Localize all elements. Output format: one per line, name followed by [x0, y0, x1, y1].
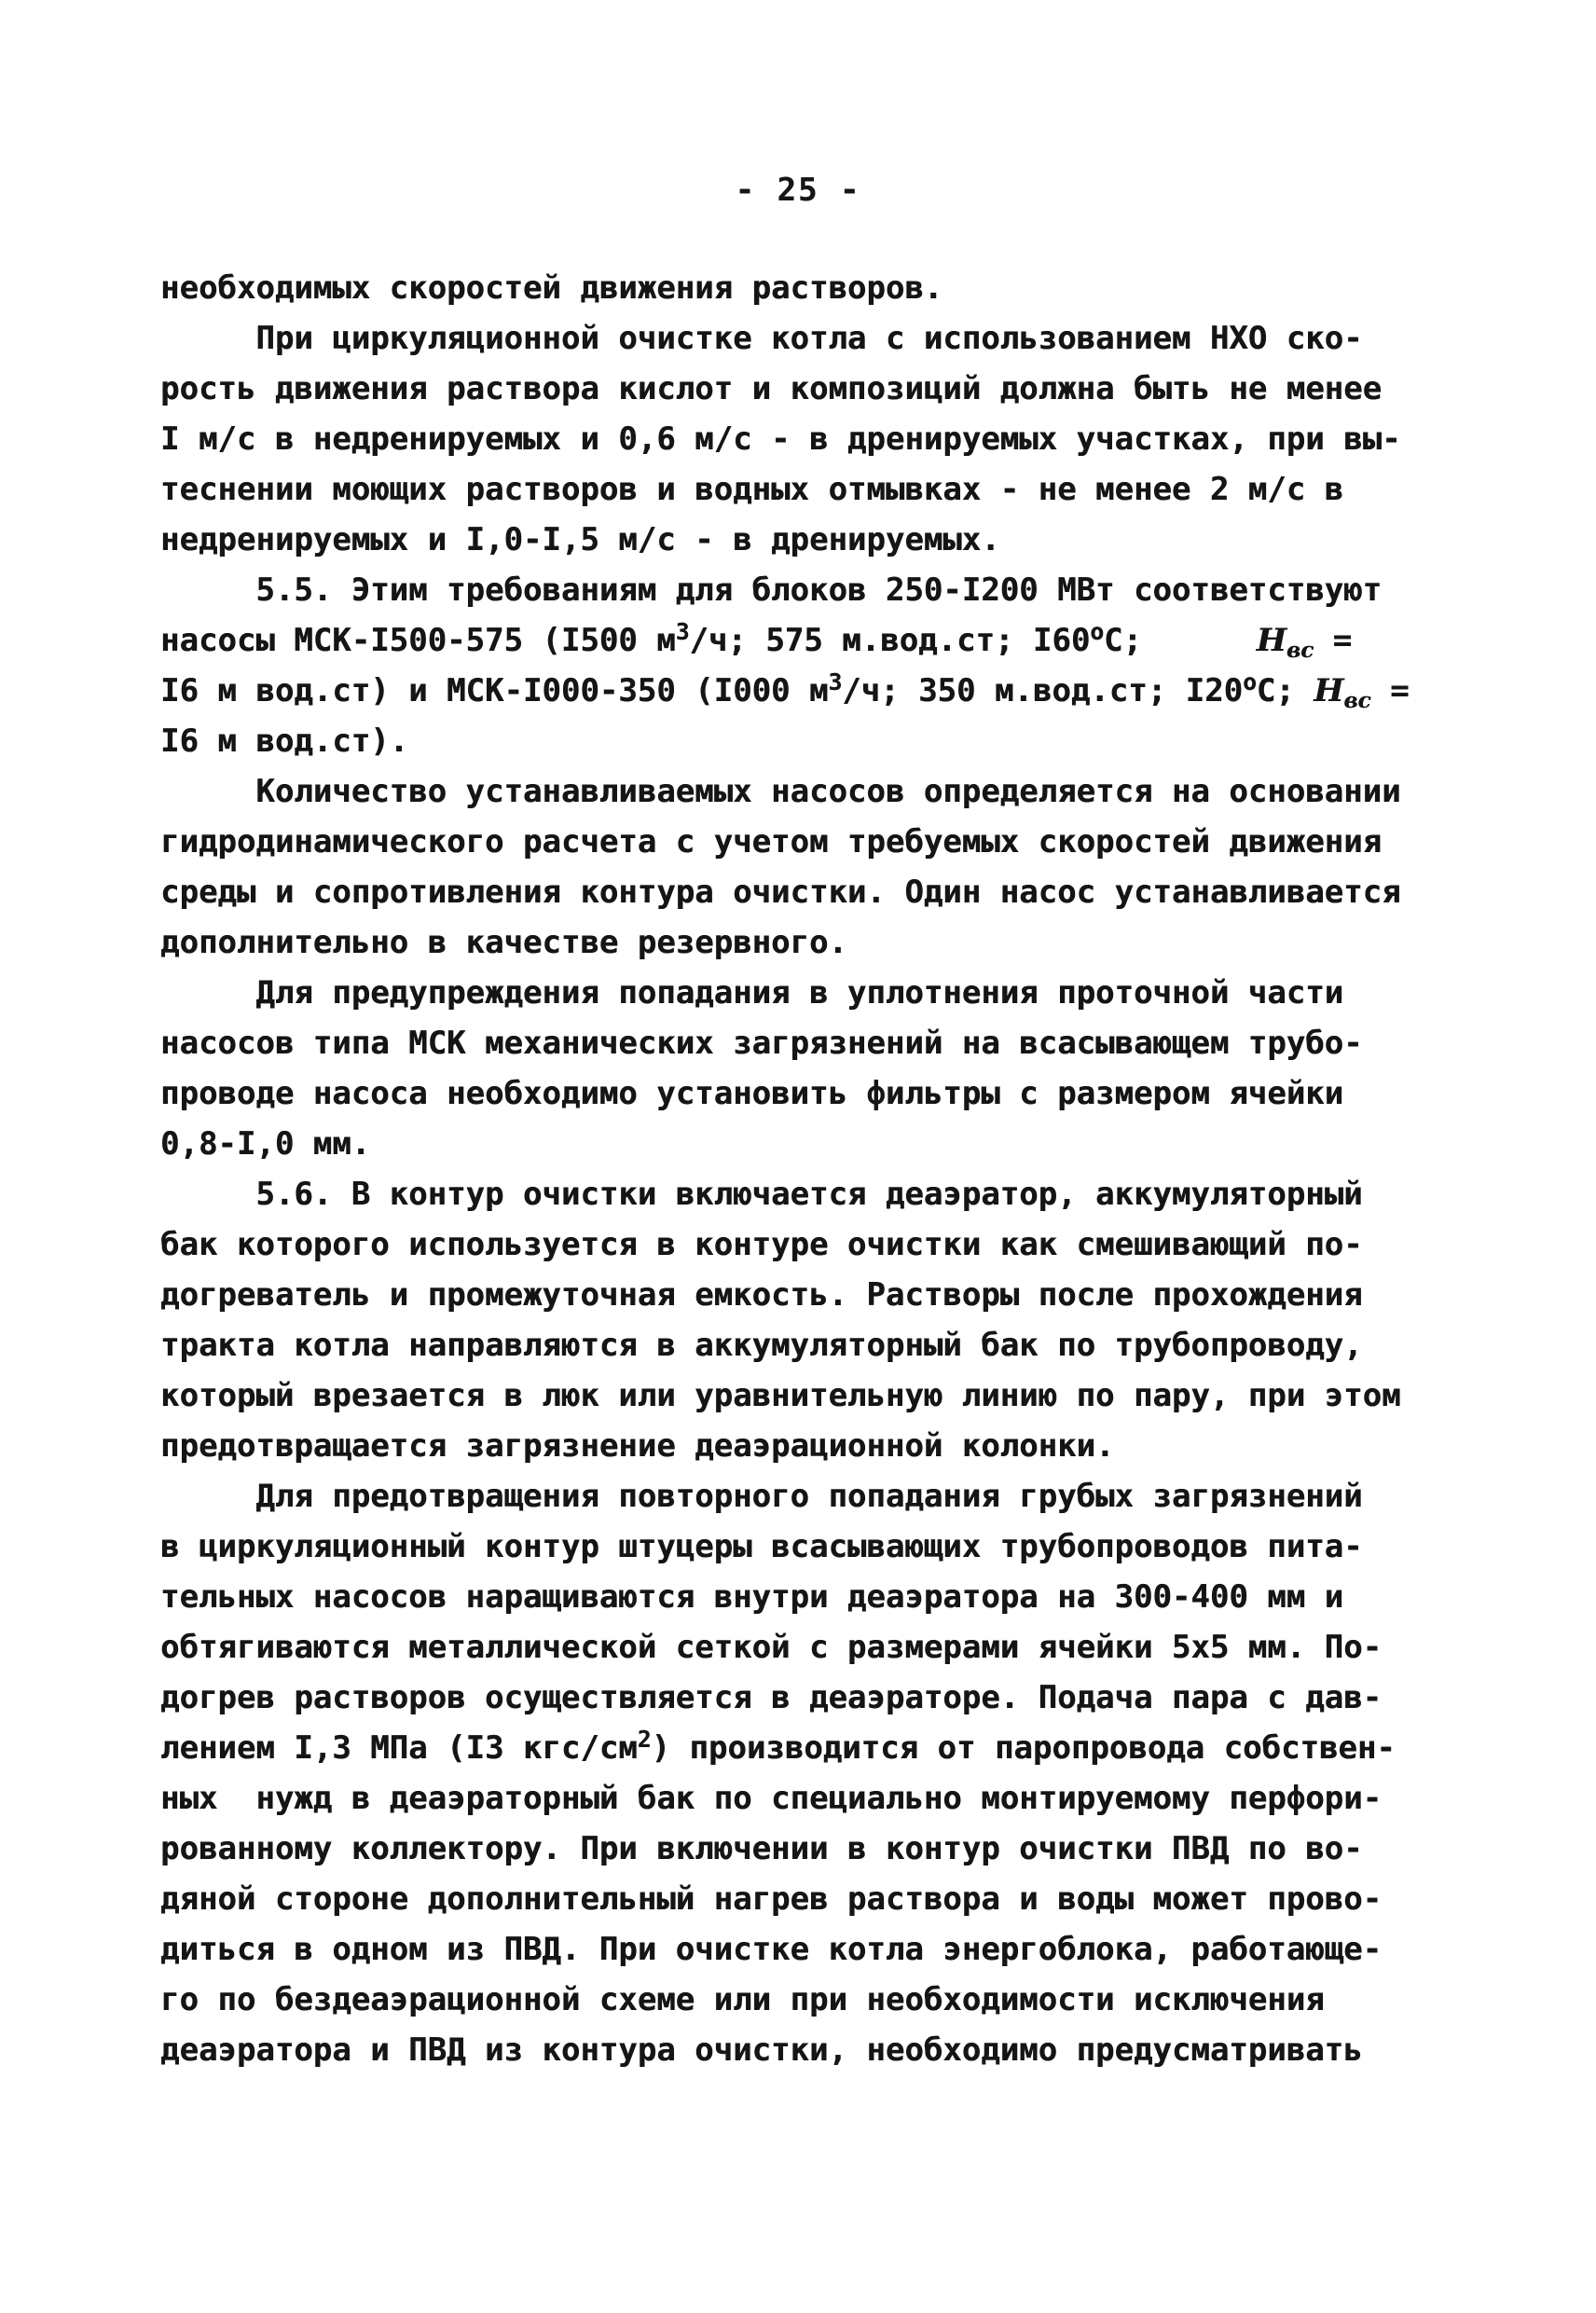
page-number: - 25 - — [0, 172, 1596, 209]
text-line: недренируемых и I,0-I,5 м/с - в дренируе… — [160, 515, 1484, 565]
text-line: теснении моющих растворов и водных отмыв… — [160, 464, 1484, 515]
text-line: который врезается в люк или уравнительну… — [160, 1370, 1484, 1421]
text-line: в циркуляционный контур штуцеры всасываю… — [160, 1521, 1484, 1572]
text-line: I6 м вод.ст). — [160, 716, 1484, 766]
text-line: рость движения раствора кислот и компози… — [160, 364, 1484, 414]
text-line: деаэратора и ПВД из контура очистки, нео… — [160, 2025, 1484, 2075]
text-line: го по бездеаэрационной схеме или при нео… — [160, 1975, 1484, 2025]
text-line: бак которого используется в контуре очис… — [160, 1219, 1484, 1270]
text-line: I м/с в недренируемых и 0,6 м/с - в дрен… — [160, 414, 1484, 464]
text-line: Для предупреждения попадания в уплотнени… — [160, 968, 1484, 1018]
text-line: тельных насосов наращиваются внутри деаэ… — [160, 1572, 1484, 1622]
text-line: дяной стороне дополнительный нагрев раст… — [160, 1874, 1484, 1924]
text-line: ных нужд в деаэраторный бак по специальн… — [160, 1773, 1484, 1824]
text-line: 0,8-I,0 мм. — [160, 1119, 1484, 1169]
text-line: предотвращается загрязнение деаэрационно… — [160, 1421, 1484, 1471]
text-line: догрев растворов осуществляется в деаэра… — [160, 1673, 1484, 1723]
text-line: При циркуляционной очистке котла с испол… — [160, 313, 1484, 364]
text-line: обтягиваются металлической сеткой с разм… — [160, 1622, 1484, 1673]
text-line: среды и сопротивления контура очистки. О… — [160, 867, 1484, 917]
text-line: насосы МСК-I500-575 (I500 м3/ч; 575 м.во… — [160, 615, 1484, 666]
text-line: 5.5. Этим требованиям для блоков 250-I20… — [160, 565, 1484, 615]
text-line: 5.6. В контур очистки включается деаэрат… — [160, 1169, 1484, 1219]
text-line: дополнительно в качестве резервного. — [160, 917, 1484, 968]
text-line: насосов типа МСК механических загрязнени… — [160, 1018, 1484, 1068]
text-line: догреватель и промежуточная емкость. Рас… — [160, 1270, 1484, 1320]
text-line: рованному коллектору. При включении в ко… — [160, 1824, 1484, 1874]
document-page: - 25 - необходимых скоростей движения ра… — [0, 0, 1596, 2313]
text-body: необходимых скоростей движения растворов… — [160, 263, 1484, 2075]
text-line: тракта котла направляются в аккумуляторн… — [160, 1320, 1484, 1370]
text-line: необходимых скоростей движения растворов… — [160, 263, 1484, 313]
text-line: Количество устанавливаемых насосов опред… — [160, 766, 1484, 817]
text-line: лением I,3 МПа (I3 кгс/см2) производится… — [160, 1723, 1484, 1773]
text-line: проводе насоса необходимо установить фил… — [160, 1068, 1484, 1119]
text-line: Для предотвращения повторного попадания … — [160, 1471, 1484, 1521]
text-line: диться в одном из ПВД. При очистке котла… — [160, 1924, 1484, 1975]
text-line: гидродинамического расчета с учетом треб… — [160, 817, 1484, 867]
